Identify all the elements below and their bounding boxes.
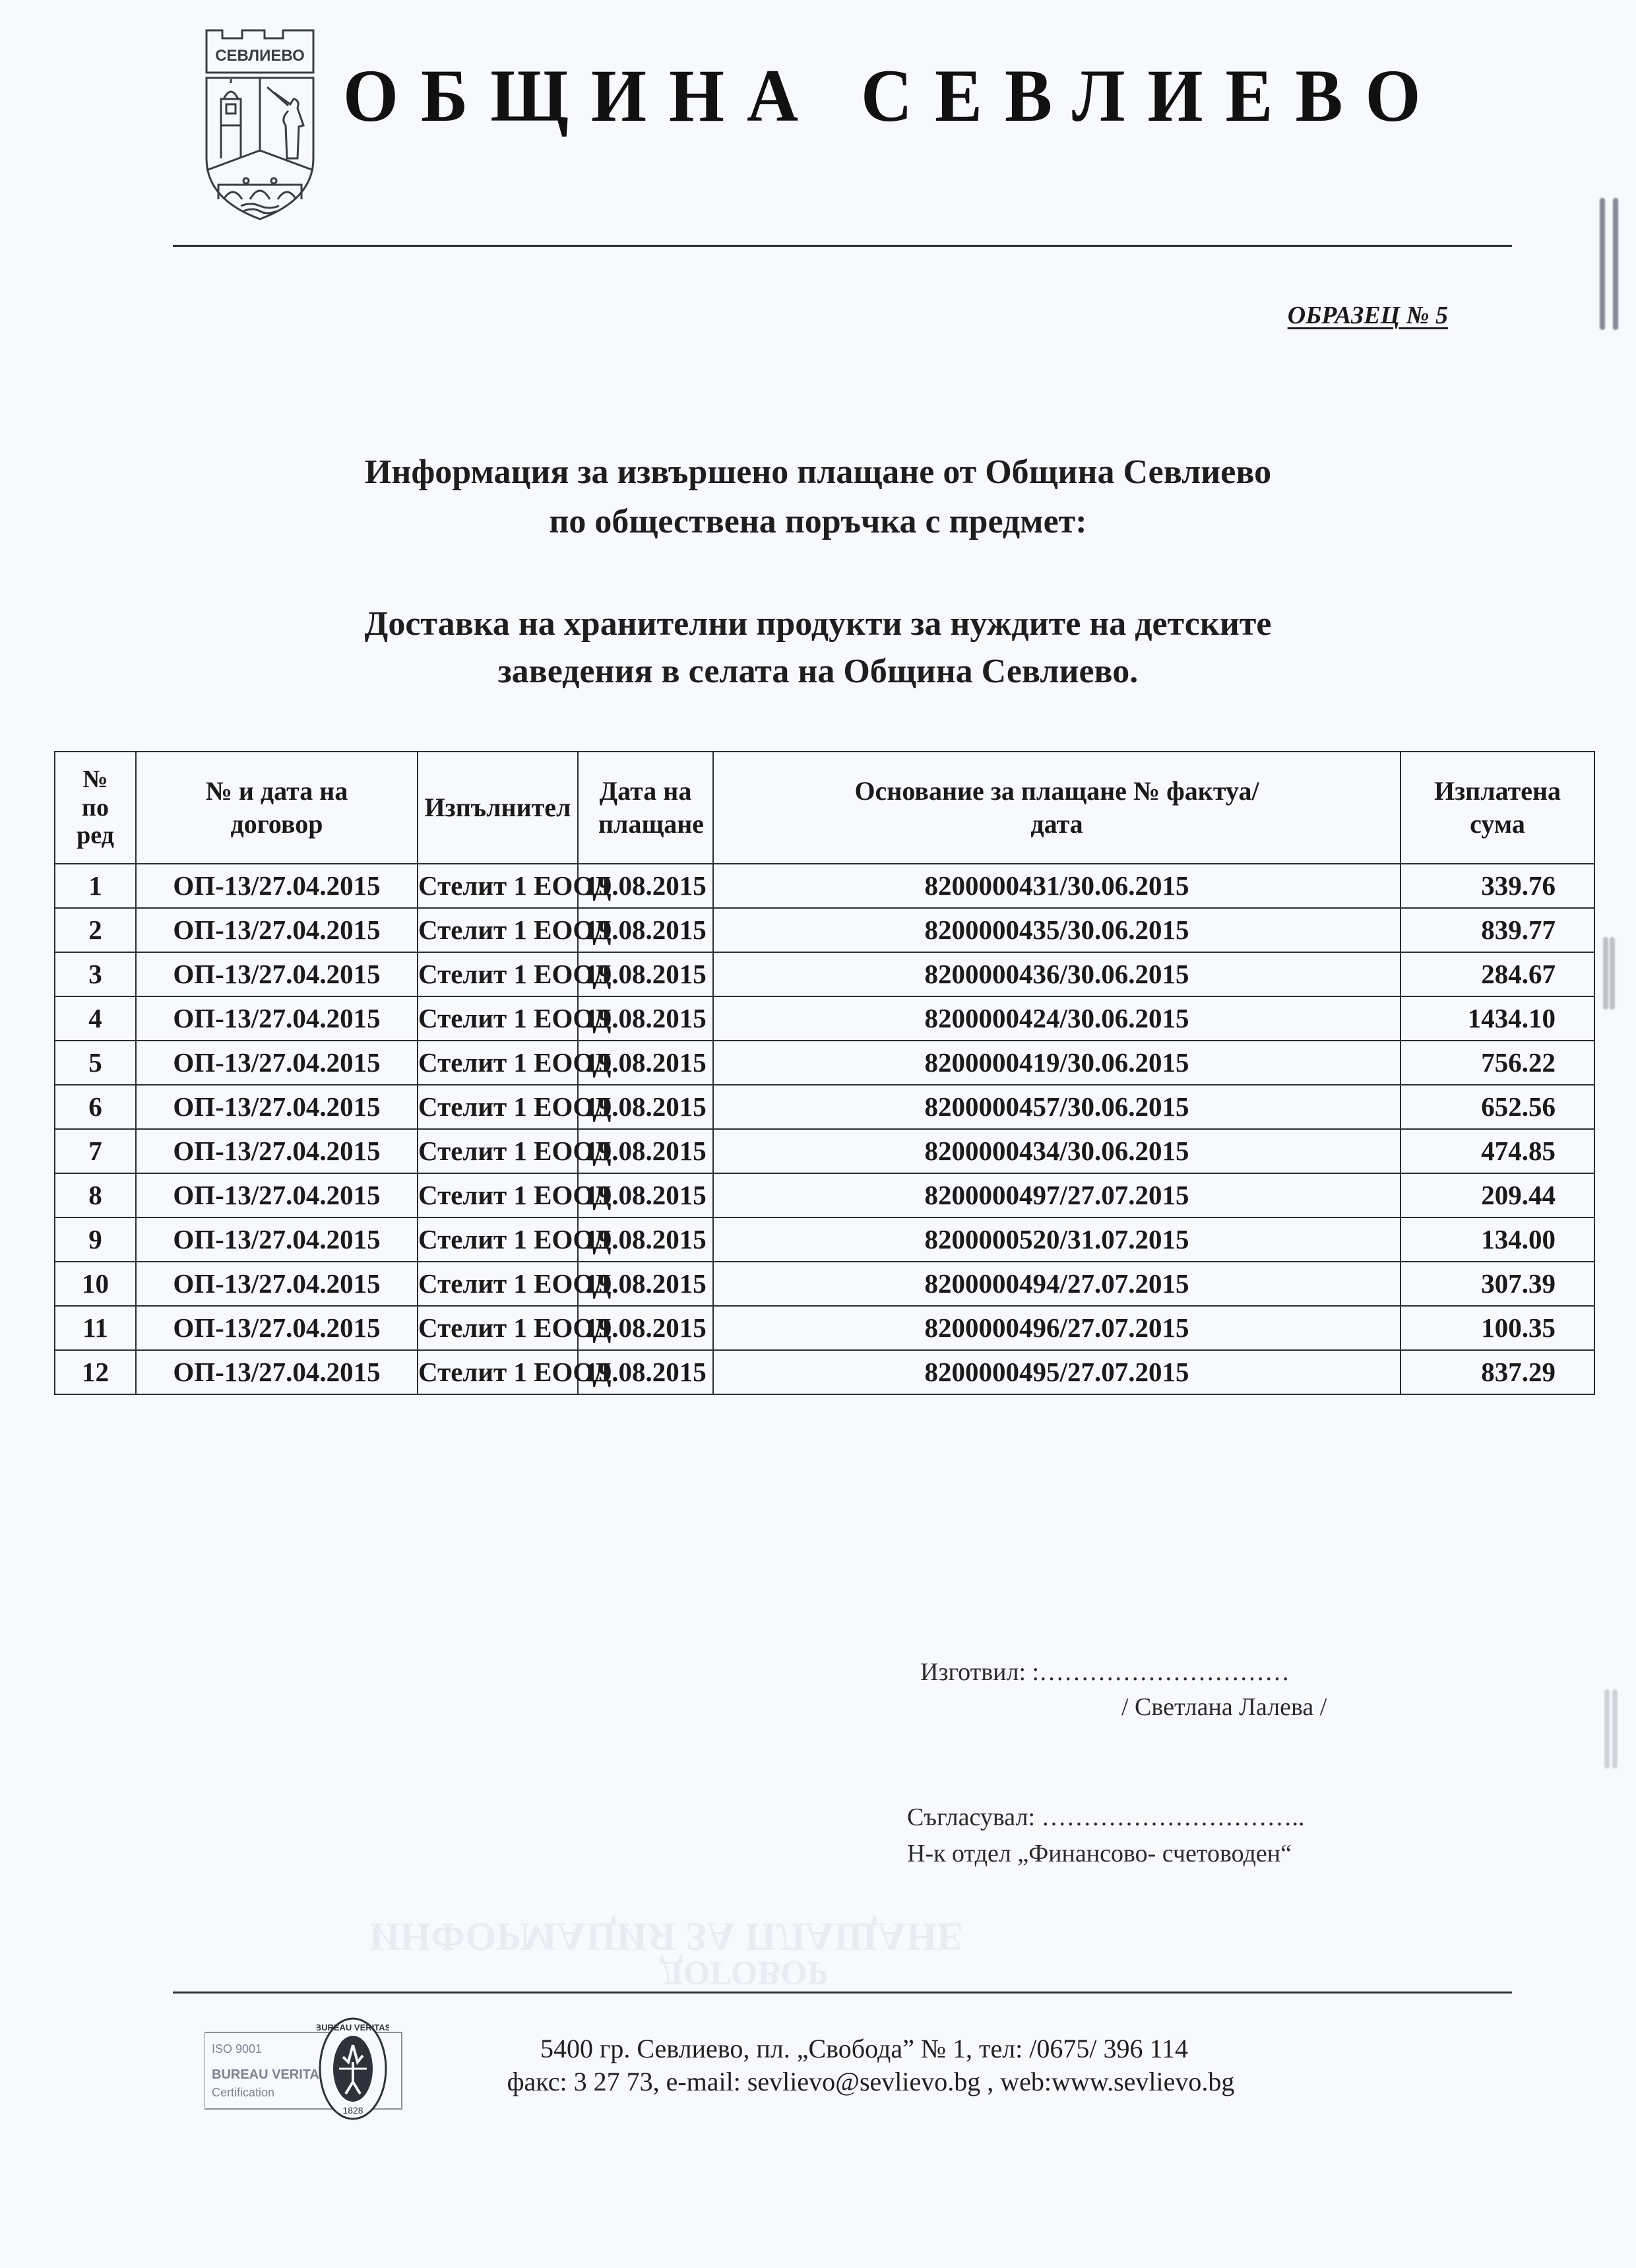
cell-contract: ОП-13/27.04.2015	[136, 1217, 418, 1262]
cell-row-no: 4	[55, 996, 136, 1041]
cell-contract: ОП-13/27.04.2015	[136, 996, 418, 1041]
cell-amount: 839.77	[1400, 908, 1594, 952]
cell-invoice: 8200000436/30.06.2015	[713, 952, 1400, 996]
table-header-row: № по ред № и дата на договор Изпълнител …	[55, 752, 1594, 864]
prepared-by-name: / Светлана Лалева /	[1121, 1695, 1327, 1720]
cell-contract: ОП-13/27.04.2015	[136, 1350, 418, 1394]
cell-invoice: 8200000424/30.06.2015	[713, 996, 1400, 1041]
column-header-basis: Основание за плащане № фактуа/дата	[713, 752, 1400, 864]
payments-table: № по ред № и дата на договор Изпълнител …	[54, 751, 1595, 1395]
header-text: по	[55, 794, 135, 822]
cell-contract: ОП-13/27.04.2015	[136, 908, 418, 952]
scan-artifact	[1604, 1689, 1610, 1768]
header-divider	[173, 245, 1512, 247]
approved-by-role: Н-к отдел „Финансово- счетоводен“	[907, 1841, 1292, 1866]
cell-contractor: Стелит 1 ЕООД	[418, 996, 578, 1041]
cell-contract: ОП-13/27.04.2015	[136, 1129, 418, 1173]
table-row: 12ОП-13/27.04.2015Стелит 1 ЕООД19.08.201…	[55, 1350, 1594, 1394]
cell-invoice: 8200000520/31.07.2015	[713, 1217, 1400, 1262]
cell-contractor: Стелит 1 ЕООД	[418, 1041, 578, 1085]
cell-contractor: Стелит 1 ЕООД	[418, 1306, 578, 1350]
cell-amount: 339.76	[1400, 864, 1594, 908]
svg-text:BUREAU VERITAS: BUREAU VERITAS	[317, 2023, 389, 2032]
cell-contract: ОП-13/27.04.2015	[136, 1041, 418, 1085]
cell-contractor: Стелит 1 ЕООД	[418, 1350, 578, 1394]
table-row: 8ОП-13/27.04.2015Стелит 1 ЕООД19.08.2015…	[55, 1173, 1594, 1217]
cell-row-no: 10	[55, 1262, 136, 1306]
table-row: 9ОП-13/27.04.2015Стелит 1 ЕООД19.08.2015…	[55, 1217, 1594, 1262]
cell-row-no: 12	[55, 1350, 136, 1394]
scan-artifact	[1600, 198, 1605, 330]
header-text: Изпълнител	[418, 791, 577, 824]
scan-artifact	[1612, 1689, 1618, 1768]
organization-title: ОБЩИНА СЕВЛИЕВО	[343, 59, 1451, 133]
cell-amount: 100.35	[1400, 1306, 1594, 1350]
cell-contract: ОП-13/27.04.2015	[136, 1085, 418, 1129]
table-row: 5ОП-13/27.04.2015Стелит 1 ЕООД19.08.2015…	[55, 1041, 1594, 1085]
cell-contractor: Стелит 1 ЕООД	[418, 1085, 578, 1129]
cell-row-no: 2	[55, 908, 136, 952]
column-header-amount: Изплатена сума	[1400, 752, 1594, 864]
cell-invoice: 8200000457/30.06.2015	[713, 1085, 1400, 1129]
scan-artifact	[1610, 937, 1615, 1010]
cell-invoice: 8200000496/27.07.2015	[713, 1306, 1400, 1350]
form-number-label: ОБРАЗЕЦ № 5	[1288, 301, 1448, 330]
cell-contractor: Стелит 1 ЕООД	[418, 864, 578, 908]
document-heading-line-1: Информация за извършено плащане от Общин…	[0, 455, 1636, 490]
approved-by-label: Съгласувал: …………………………..	[907, 1805, 1305, 1830]
cell-contractor: Стелит 1 ЕООД	[418, 908, 578, 952]
svg-text:1828: 1828	[342, 2105, 363, 2116]
cell-payment-date: 19.08.2015	[578, 1262, 713, 1306]
table-row: 6ОП-13/27.04.2015Стелит 1 ЕООД19.08.2015…	[55, 1085, 1594, 1129]
footer-divider	[173, 1992, 1512, 1993]
cell-contractor: Стелит 1 ЕООД	[418, 1129, 578, 1173]
header-text: № и дата на договор	[137, 775, 417, 841]
cell-invoice: 8200000435/30.06.2015	[713, 908, 1400, 952]
svg-text:СЕВЛИЕВО: СЕВЛИЕВО	[215, 47, 305, 65]
table-row: 11ОП-13/27.04.2015Стелит 1 ЕООД19.08.201…	[55, 1306, 1594, 1350]
cell-payment-date: 19.08.2015	[578, 864, 713, 908]
cell-invoice: 8200000497/27.07.2015	[713, 1173, 1400, 1217]
column-header-payment-date: Дата на плащане	[578, 752, 713, 864]
document-heading-line-2: по обществена поръчка с предмет:	[0, 505, 1636, 539]
cell-row-no: 6	[55, 1085, 136, 1129]
cell-amount: 1434.10	[1400, 996, 1594, 1041]
cell-contract: ОП-13/27.04.2015	[136, 952, 418, 996]
cell-payment-date: 19.08.2015	[578, 1350, 713, 1394]
cell-amount: 756.22	[1400, 1041, 1594, 1085]
procurement-subject-line-1: Доставка на хранителни продукти за нужди…	[0, 607, 1636, 641]
coat-of-arms-logo: СЕВЛИЕВО	[201, 26, 319, 223]
cell-payment-date: 19.08.2015	[578, 1173, 713, 1217]
municipality-contacts: факс: 3 27 73, e-mail: sevlievo@sevlievo…	[0, 2069, 1636, 2095]
header-text: Изплатена сума	[1401, 775, 1594, 841]
cell-invoice: 8200000494/27.07.2015	[713, 1262, 1400, 1306]
cell-row-no: 8	[55, 1173, 136, 1217]
cell-payment-date: 19.08.2015	[578, 1217, 713, 1262]
header-text: ред	[55, 822, 135, 850]
procurement-subject-line-2: заведения в селата на Община Севлиево.	[0, 655, 1636, 689]
table-row: 2ОП-13/27.04.2015Стелит 1 ЕООД19.08.2015…	[55, 908, 1594, 952]
column-header-contract: № и дата на договор	[136, 752, 418, 864]
cell-row-no: 11	[55, 1306, 136, 1350]
table-body: 1ОП-13/27.04.2015Стелит 1 ЕООД19.08.2015…	[55, 864, 1594, 1394]
cell-payment-date: 19.08.2015	[578, 1306, 713, 1350]
table-row: 3ОП-13/27.04.2015Стелит 1 ЕООД19.08.2015…	[55, 952, 1594, 996]
table-row: 7ОП-13/27.04.2015Стелит 1 ЕООД19.08.2015…	[55, 1129, 1594, 1173]
column-header-row-no: № по ред	[55, 752, 136, 864]
cell-contract: ОП-13/27.04.2015	[136, 1173, 418, 1217]
cell-amount: 209.44	[1400, 1173, 1594, 1217]
cell-amount: 474.85	[1400, 1129, 1594, 1173]
cell-payment-date: 19.08.2015	[578, 1041, 713, 1085]
cell-payment-date: 19.08.2015	[578, 952, 713, 996]
scan-artifact	[1613, 198, 1618, 330]
cell-row-no: 1	[55, 864, 136, 908]
cell-payment-date: 19.08.2015	[578, 908, 713, 952]
cell-contract: ОП-13/27.04.2015	[136, 1306, 418, 1350]
bleed-through-text: ДОГОВОР	[660, 1953, 828, 1992]
cell-invoice: 8200000419/30.06.2015	[713, 1041, 1400, 1085]
cell-contractor: Стелит 1 ЕООД	[418, 1173, 578, 1217]
cell-row-no: 7	[55, 1129, 136, 1173]
scan-artifact	[1603, 937, 1608, 1010]
column-header-contractor: Изпълнител	[418, 752, 578, 864]
cell-payment-date: 19.08.2015	[578, 1129, 713, 1173]
cell-contractor: Стелит 1 ЕООД	[418, 1217, 578, 1262]
table-row: 10ОП-13/27.04.2015Стелит 1 ЕООД19.08.201…	[55, 1262, 1594, 1306]
cell-row-no: 5	[55, 1041, 136, 1085]
cell-amount: 134.00	[1400, 1217, 1594, 1262]
cell-invoice: 8200000434/30.06.2015	[713, 1129, 1400, 1173]
cell-payment-date: 19.08.2015	[578, 1085, 713, 1129]
cell-row-no: 3	[55, 952, 136, 996]
table-row: 4ОП-13/27.04.2015Стелит 1 ЕООД19.08.2015…	[55, 996, 1594, 1041]
cell-payment-date: 19.08.2015	[578, 996, 713, 1041]
prepared-by-label: Изготвил: :…………………………	[920, 1660, 1290, 1685]
bleed-through-text: ИНФОРМАЦИЯ ЗА ПЛАЩАНЕ	[369, 1914, 963, 1959]
cell-contract: ОП-13/27.04.2015	[136, 1262, 418, 1306]
cell-amount: 837.29	[1400, 1350, 1594, 1394]
header-text: №	[55, 765, 135, 794]
cell-contract: ОП-13/27.04.2015	[136, 864, 418, 908]
cell-invoice: 8200000495/27.07.2015	[713, 1350, 1400, 1394]
cell-amount: 307.39	[1400, 1262, 1594, 1306]
cell-amount: 652.56	[1400, 1085, 1594, 1129]
cell-invoice: 8200000431/30.06.2015	[713, 864, 1400, 908]
header-text: Основание за плащане № фактуа/дата	[714, 775, 1400, 841]
municipality-address: 5400 гр. Севлиево, пл. „Свобода” № 1, те…	[0, 2036, 1636, 2062]
header-text: Дата на плащане	[579, 775, 712, 841]
cell-row-no: 9	[55, 1217, 136, 1262]
cell-contractor: Стелит 1 ЕООД	[418, 1262, 578, 1306]
cell-contractor: Стелит 1 ЕООД	[418, 952, 578, 996]
table-row: 1ОП-13/27.04.2015Стелит 1 ЕООД19.08.2015…	[55, 864, 1594, 908]
cell-amount: 284.67	[1400, 952, 1594, 996]
